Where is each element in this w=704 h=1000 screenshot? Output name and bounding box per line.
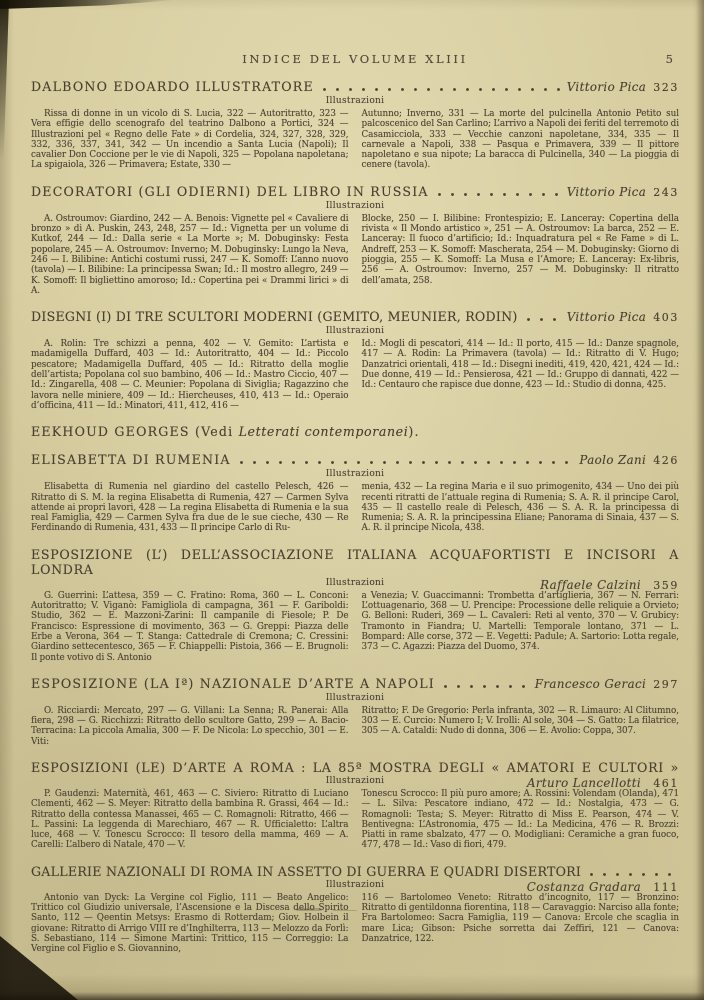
dot-leader — [527, 318, 563, 321]
index-entry-esposizioni-roma: ESPOSIZIONI (LE) D’ARTE A ROMA : LA 85ª … — [31, 760, 679, 851]
illustration-columns: O. Ricciardi: Mercato, 297 — G. Villani:… — [31, 706, 679, 747]
illustrations-column-left: Elisabetta di Rumenia nel giardino del c… — [31, 482, 349, 533]
illustration-columns: A. Ostroumov: Giardino, 242 — A. Benois:… — [31, 214, 679, 296]
entry-title-text: GALLERIE NAZIONALI DI ROMA IN ASSETTO DI… — [31, 864, 581, 879]
entry-title-row: ESPOSIZIONE (L’) DELL’ASSOCIAZIONE ITALI… — [31, 547, 679, 577]
illustration-columns: Elisabetta di Rumenia nel giardino del c… — [31, 482, 679, 533]
entry-page-number: 426 — [653, 454, 679, 467]
entry-author: Vittorio Pica — [567, 80, 646, 94]
cross-reference-target: Letterati contemporanei — [239, 424, 409, 439]
scanned-index-page: INDICE DEL VOLUME XLIII 5 DALBONO EDOARD… — [0, 0, 704, 1000]
entry-byline-row: Illustrazioni Raffaele Calzini 359 — [31, 578, 679, 588]
illustrations-column-right: Tonescu Scrocco: Il più puro amore; A. R… — [362, 789, 680, 851]
index-entry-esposizione-londra: ESPOSIZIONE (L’) DELL’ASSOCIAZIONE ITALI… — [31, 547, 679, 663]
cross-reference-suffix: ). — [408, 424, 419, 439]
entry-title-text: ESPOSIZIONE (L’) DELL’ASSOCIAZIONE ITALI… — [31, 547, 679, 577]
entry-page-number: 323 — [653, 81, 679, 94]
entry-title-row: EEKHOUD GEORGES (Vedi Letterati contempo… — [31, 424, 679, 439]
entry-byline-row: Illustrazioni Arturo Lancellotti 461 — [31, 776, 679, 786]
entry-title-text: ELISABETTA DI RUMENIA — [31, 452, 231, 467]
entry-author: Costanza Gradara — [527, 880, 641, 894]
illustrations-column-left: Rissa di donne in un vicolo di S. Lucia,… — [31, 109, 349, 171]
dot-leader — [323, 88, 563, 91]
entry-title-row: DISEGNI (I) DI TRE SCULTORI MODERNI (GEM… — [31, 309, 679, 324]
illustrations-column-left: A. Ostroumov: Giardino, 242 — A. Benois:… — [31, 214, 349, 296]
illustrations-column-right: a Venezia; V. Guaccimanni: Trombetta d’a… — [362, 591, 680, 663]
scan-shadow-right — [696, 0, 704, 1000]
folio-number: 5 — [666, 52, 673, 66]
illustrations-label: Illustrazioni — [31, 96, 679, 106]
illustrations-label: Illustrazioni — [31, 326, 679, 336]
illustrations-label: Illustrazioni — [31, 693, 679, 703]
illustrations-column-right: 116 — Bartolomeo Veneto: Ritratto d’inco… — [362, 893, 680, 955]
dot-leader — [240, 461, 576, 464]
entry-byline: Costanza Gradara 111 — [527, 876, 679, 895]
entry-title-text: DECORATORI (GLI ODIERNI) DEL LIBRO IN RU… — [31, 184, 429, 199]
entry-page-number: 461 — [653, 777, 679, 790]
page-content: INDICE DEL VOLUME XLIII 5 DALBONO EDOARD… — [31, 52, 679, 955]
entry-author: Raffaele Calzini — [540, 578, 641, 592]
entry-title-text: DALBONO EDOARDO ILLUSTRATORE — [31, 79, 314, 94]
index-entry-decoratori: DECORATORI (GLI ODIERNI) DEL LIBRO IN RU… — [31, 184, 679, 296]
index-entry-elisabetta: ELISABETTA DI RUMENIA Paolo Zani 426 Ill… — [31, 452, 679, 533]
scan-shadow-bottom — [0, 992, 704, 1000]
illustration-columns: Antonio van Dyck: La Vergine col Figlio,… — [31, 893, 679, 955]
cross-reference-prefix: EEKHOUD GEORGES (Vedi — [31, 424, 239, 439]
illustrations-column-right: Blocke, 250 — I. Bilibine: Frontespizio;… — [362, 214, 680, 296]
cross-reference-text: EEKHOUD GEORGES (Vedi Letterati contempo… — [31, 424, 420, 439]
entry-title-row: DECORATORI (GLI ODIERNI) DEL LIBRO IN RU… — [31, 184, 679, 199]
illustrations-column-right: menia, 432 — La regina Maria e il suo pr… — [362, 482, 680, 533]
dot-leader — [438, 193, 563, 196]
entry-page-number: 403 — [653, 311, 679, 324]
index-entry-gallerie: GALLERIE NAZIONALI DI ROMA IN ASSETTO DI… — [31, 864, 679, 955]
entry-page-number: 359 — [653, 579, 679, 592]
illustrations-column-left: P. Gaudenzi: Maternità, 461, 463 — C. Si… — [31, 789, 349, 851]
index-entry-eekhoud: EEKHOUD GEORGES (Vedi Letterati contempo… — [31, 424, 679, 439]
illustrations-column-left: G. Guerrini: L’attesa, 359 — C. Fratino:… — [31, 591, 349, 663]
illustration-columns: A. Rolin: Tre schizzi a penna, 402 — V. … — [31, 339, 679, 411]
entry-author: Vittorio Pica — [567, 310, 646, 324]
index-entry-dalbono: DALBONO EDOARDO ILLUSTRATORE Vittorio Pi… — [31, 79, 679, 171]
entry-author: Vittorio Pica — [567, 185, 646, 199]
entry-author: Arturo Lancellotti — [527, 776, 641, 790]
illustrations-column-left: O. Ricciardi: Mercato, 297 — G. Villani:… — [31, 706, 349, 747]
illustration-columns: Rissa di donne in un vicolo di S. Lucia,… — [31, 109, 679, 171]
paper-smudge — [296, 908, 322, 911]
illustrations-column-left: A. Rolin: Tre schizzi a penna, 402 — V. … — [31, 339, 349, 411]
entry-title-text: ESPOSIZIONE (LA Iª) NAZIONALE D’ARTE A N… — [31, 676, 435, 691]
entry-byline: Arturo Lancellotti 461 — [527, 772, 679, 791]
entry-byline: Raffaele Calzini 359 — [540, 574, 679, 593]
entry-title-row: ESPOSIZIONE (LA Iª) NAZIONALE D’ARTE A N… — [31, 676, 679, 691]
illustrations-column-right: Id.: Mogli di pescatori, 414 — Id.: Il p… — [362, 339, 680, 411]
illustration-columns: G. Guerrini: L’attesa, 359 — C. Fratino:… — [31, 591, 679, 663]
entry-title-text: DISEGNI (I) DI TRE SCULTORI MODERNI (GEM… — [31, 309, 518, 324]
page-header-title: INDICE DEL VOLUME XLIII — [242, 52, 467, 66]
illustrations-column-right: Ritratto; F. De Gregorio: Perla infranta… — [362, 706, 680, 747]
entry-byline-row: Illustrazioni Costanza Gradara 111 — [31, 880, 679, 890]
entry-title-row: ELISABETTA DI RUMENIA Paolo Zani 426 — [31, 452, 679, 467]
illustrations-label: Illustrazioni — [31, 469, 679, 479]
entry-page-number: 243 — [653, 186, 679, 199]
entry-page-number: 111 — [653, 881, 679, 894]
entry-author: Francesco Geraci — [535, 677, 646, 691]
illustrations-label: Illustrazioni — [31, 201, 679, 211]
illustration-columns: P. Gaudenzi: Maternità, 461, 463 — C. Si… — [31, 789, 679, 851]
illustrations-column-left: Antonio van Dyck: La Vergine col Figlio,… — [31, 893, 349, 955]
entry-author: Paolo Zani — [579, 453, 646, 467]
page-header: INDICE DEL VOLUME XLIII 5 — [31, 52, 679, 66]
scan-shadow-left — [0, 0, 9, 160]
dot-leader — [444, 685, 531, 688]
index-entry-disegni: DISEGNI (I) DI TRE SCULTORI MODERNI (GEM… — [31, 309, 679, 411]
entry-title-row: DALBONO EDOARDO ILLUSTRATORE Vittorio Pi… — [31, 79, 679, 94]
scan-shadow-top-left — [0, 0, 175, 9]
illustrations-column-right: Autunno; Inverno, 331 — La morte del pul… — [362, 109, 680, 171]
index-entry-esposizione-napoli: ESPOSIZIONE (LA Iª) NAZIONALE D’ARTE A N… — [31, 676, 679, 747]
entry-page-number: 297 — [653, 678, 679, 691]
